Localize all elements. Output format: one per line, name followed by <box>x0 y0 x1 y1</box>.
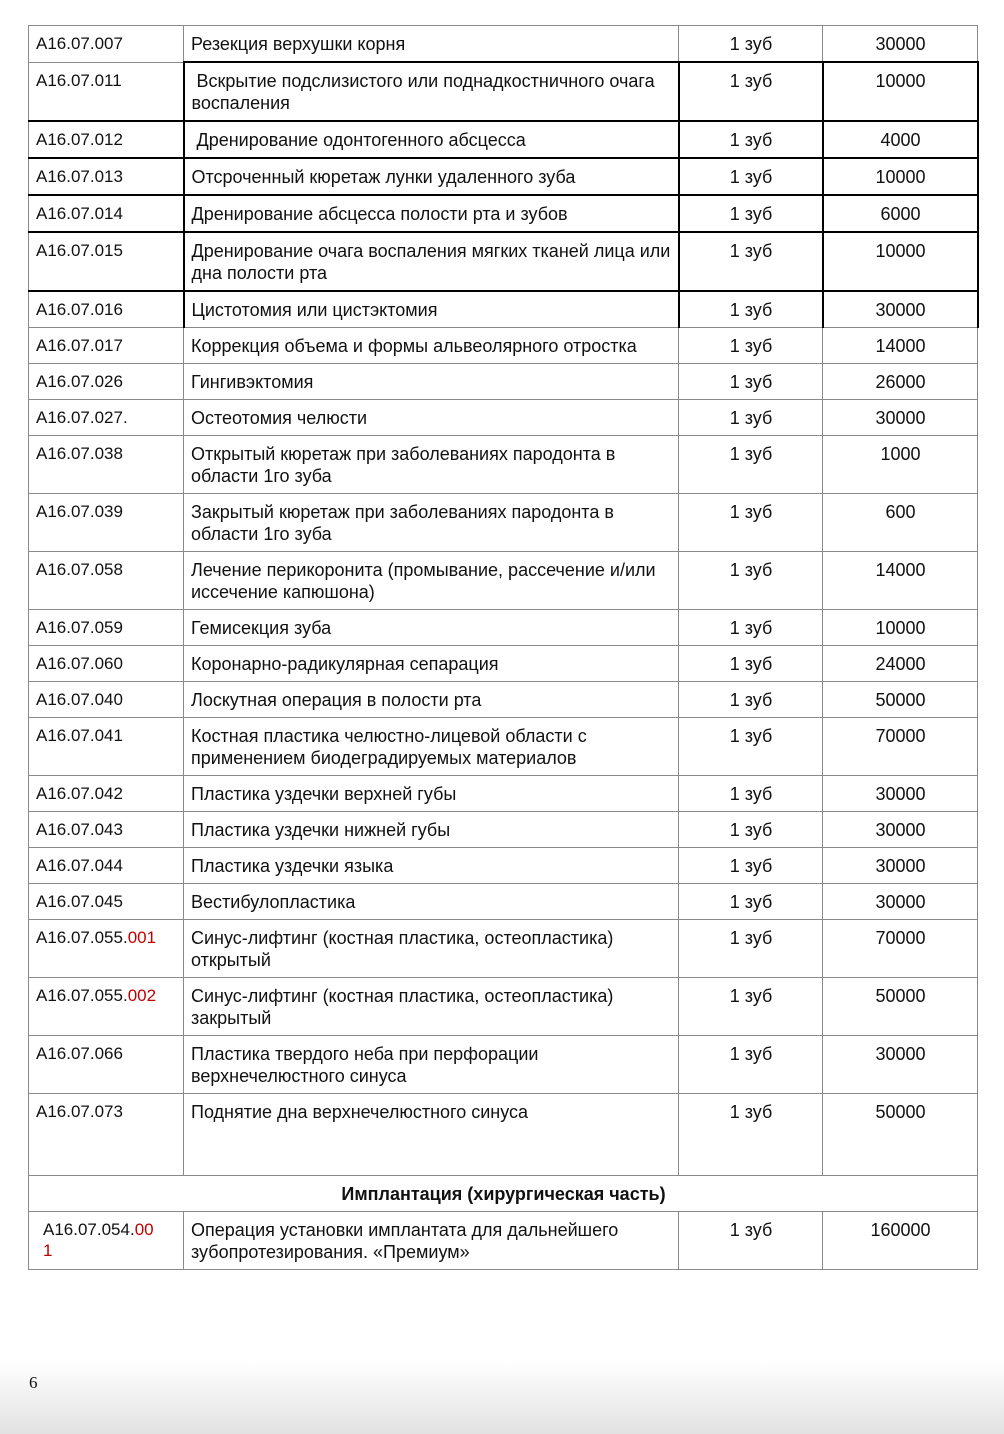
service-code: А16.07.011 <box>29 62 184 121</box>
code-suffix: 00 <box>135 1220 154 1239</box>
code-suffix-wrap: 1 <box>43 1241 52 1260</box>
table-row: А16.07.012 Дренирование одонтогенного аб… <box>29 121 978 158</box>
service-description: Коронарно-радикулярная сепарация <box>184 646 679 682</box>
service-price: 30000 <box>823 776 978 812</box>
service-price: 10000 <box>823 62 978 121</box>
service-unit: 1 зуб <box>679 812 823 848</box>
service-price: 1000 <box>823 436 978 494</box>
table-row: А16.07.055.002 Синус-лифтинг (костная пл… <box>29 978 978 1036</box>
code-suffix: 001 <box>128 928 156 947</box>
service-unit: 1 зуб <box>679 62 823 121</box>
table-row: А16.07.013 Отсроченный кюретаж лунки уда… <box>29 158 978 195</box>
service-unit: 1 зуб <box>679 848 823 884</box>
service-unit: 1 зуб <box>679 646 823 682</box>
service-description: Остеотомия челюсти <box>184 400 679 436</box>
service-description: Поднятие дна верхнечелюстного синуса <box>184 1094 679 1176</box>
table-row: А16.07.042 Пластика уздечки верхней губы… <box>29 776 978 812</box>
service-description: Вестибулопластика <box>184 884 679 920</box>
section-header-row: Имплантация (хирургическая часть) <box>29 1176 978 1212</box>
table-row: А16.07.039 Закрытый кюретаж при заболева… <box>29 494 978 552</box>
service-code: А16.07.017 <box>29 328 184 364</box>
service-description: Лоскутная операция в полости рта <box>184 682 679 718</box>
service-unit: 1 зуб <box>679 1094 823 1176</box>
table-row: А16.07.059 Гемисекция зуба 1 зуб 10000 <box>29 610 978 646</box>
service-unit: 1 зуб <box>679 978 823 1036</box>
section-title: Имплантация (хирургическая часть) <box>29 1176 978 1212</box>
service-description: Дренирование абсцесса полости рта и зубо… <box>184 195 679 232</box>
service-price: 26000 <box>823 364 978 400</box>
table-row: А16.07.066 Пластика твердого неба при пе… <box>29 1036 978 1094</box>
service-description: Вскрытие подслизистого или поднадкостнич… <box>184 62 679 121</box>
service-description: Операция установки имплантата для дальне… <box>184 1212 679 1270</box>
table-row: А16.07.060 Коронарно-радикулярная сепара… <box>29 646 978 682</box>
table-row: А16.07.015 Дренирование очага воспаления… <box>29 232 978 291</box>
service-description: Пластика уздечки верхней губы <box>184 776 679 812</box>
service-code: А16.07.073 <box>29 1094 184 1176</box>
service-price: 30000 <box>823 26 978 63</box>
service-code: А16.07.027. <box>29 400 184 436</box>
service-description: Костная пластика челюстно-лицевой област… <box>184 718 679 776</box>
service-description: Цистотомия или цистэктомия <box>184 291 679 328</box>
service-code: А16.07.042 <box>29 776 184 812</box>
service-price: 30000 <box>823 812 978 848</box>
service-code: А16.07.055.001 <box>29 920 184 978</box>
service-price: 4000 <box>823 121 978 158</box>
service-price: 24000 <box>823 646 978 682</box>
service-unit: 1 зуб <box>679 121 823 158</box>
service-code: А16.07.016 <box>29 291 184 328</box>
service-description: Гингивэктомия <box>184 364 679 400</box>
service-unit: 1 зуб <box>679 195 823 232</box>
service-price: 600 <box>823 494 978 552</box>
service-price: 70000 <box>823 920 978 978</box>
service-code: А16.07.066 <box>29 1036 184 1094</box>
table-row: А16.07.011 Вскрытие подслизистого или по… <box>29 62 978 121</box>
table-row: А16.07.017 Коррекция объема и формы альв… <box>29 328 978 364</box>
service-price: 10000 <box>823 158 978 195</box>
service-code: А16.07.041 <box>29 718 184 776</box>
service-price: 14000 <box>823 552 978 610</box>
service-price: 14000 <box>823 328 978 364</box>
service-code: А16.07.039 <box>29 494 184 552</box>
table-row: А16.07.041 Костная пластика челюстно-лиц… <box>29 718 978 776</box>
table-row: А16.07.027. Остеотомия челюсти 1 зуб 300… <box>29 400 978 436</box>
service-price: 10000 <box>823 232 978 291</box>
service-code: А16.07.012 <box>29 121 184 158</box>
service-description: Отсроченный кюретаж лунки удаленного зуб… <box>184 158 679 195</box>
service-unit: 1 зуб <box>679 364 823 400</box>
table-row: А16.07.058 Лечение перикоронита (промыва… <box>29 552 978 610</box>
service-description: Дренирование одонтогенного абсцесса <box>184 121 679 158</box>
service-description: Гемисекция зуба <box>184 610 679 646</box>
service-unit: 1 зуб <box>679 328 823 364</box>
service-price: 50000 <box>823 1094 978 1176</box>
table-row: А16.07.016 Цистотомия или цистэктомия 1 … <box>29 291 978 328</box>
table-row: А16.07.054.001 Операция установки имплан… <box>29 1212 978 1270</box>
service-unit: 1 зуб <box>679 884 823 920</box>
code-suffix: 002 <box>128 986 156 1005</box>
table-row: А16.07.014 Дренирование абсцесса полости… <box>29 195 978 232</box>
service-code: А16.07.026 <box>29 364 184 400</box>
service-code: А16.07.014 <box>29 195 184 232</box>
service-code: А16.07.015 <box>29 232 184 291</box>
table-row: А16.07.038 Открытый кюретаж при заболева… <box>29 436 978 494</box>
service-unit: 1 зуб <box>679 436 823 494</box>
table-row: А16.07.040 Лоскутная операция в полости … <box>29 682 978 718</box>
price-table: А16.07.007 Резекция верхушки корня 1 зуб… <box>28 25 979 1270</box>
service-unit: 1 зуб <box>679 1212 823 1270</box>
table-row: А16.07.073 Поднятие дна верхнечелюстного… <box>29 1094 978 1176</box>
table-row: А16.07.043 Пластика уздечки нижней губы … <box>29 812 978 848</box>
service-unit: 1 зуб <box>679 26 823 63</box>
service-unit: 1 зуб <box>679 291 823 328</box>
service-unit: 1 зуб <box>679 552 823 610</box>
service-code: А16.07.058 <box>29 552 184 610</box>
service-code: А16.07.055.002 <box>29 978 184 1036</box>
service-code: А16.07.044 <box>29 848 184 884</box>
service-code: А16.07.054.001 <box>29 1212 184 1270</box>
service-price: 30000 <box>823 884 978 920</box>
service-description: Пластика уздечки языка <box>184 848 679 884</box>
service-code: А16.07.013 <box>29 158 184 195</box>
service-price: 50000 <box>823 682 978 718</box>
service-code: А16.07.060 <box>29 646 184 682</box>
service-code: А16.07.043 <box>29 812 184 848</box>
table-row: А16.07.026 Гингивэктомия 1 зуб 26000 <box>29 364 978 400</box>
service-unit: 1 зуб <box>679 400 823 436</box>
service-description: Коррекция объема и формы альвеолярного о… <box>184 328 679 364</box>
service-code: А16.07.045 <box>29 884 184 920</box>
service-unit: 1 зуб <box>679 682 823 718</box>
service-unit: 1 зуб <box>679 718 823 776</box>
service-code: А16.07.059 <box>29 610 184 646</box>
service-description: Резекция верхушки корня <box>184 26 679 63</box>
service-description: Синус-лифтинг (костная пластика, остеопл… <box>184 920 679 978</box>
service-description: Лечение перикоронита (промывание, рассеч… <box>184 552 679 610</box>
table-row: А16.07.044 Пластика уздечки языка 1 зуб … <box>29 848 978 884</box>
service-unit: 1 зуб <box>679 494 823 552</box>
table-row: А16.07.055.001 Синус-лифтинг (костная пл… <box>29 920 978 978</box>
service-code: А16.07.007 <box>29 26 184 63</box>
service-unit: 1 зуб <box>679 610 823 646</box>
service-description: Дренирование очага воспаления мягких тка… <box>184 232 679 291</box>
service-unit: 1 зуб <box>679 232 823 291</box>
service-description: Синус-лифтинг (костная пластика, остеопл… <box>184 978 679 1036</box>
service-description: Закрытый кюретаж при заболеваниях пародо… <box>184 494 679 552</box>
price-table-body: А16.07.007 Резекция верхушки корня 1 зуб… <box>29 26 978 1270</box>
service-price: 30000 <box>823 848 978 884</box>
service-price: 10000 <box>823 610 978 646</box>
service-price: 160000 <box>823 1212 978 1270</box>
service-description: Пластика уздечки нижней губы <box>184 812 679 848</box>
service-unit: 1 зуб <box>679 158 823 195</box>
service-description: Пластика твердого неба при перфорации ве… <box>184 1036 679 1094</box>
service-code: А16.07.040 <box>29 682 184 718</box>
service-price: 30000 <box>823 400 978 436</box>
service-price: 6000 <box>823 195 978 232</box>
service-price: 30000 <box>823 291 978 328</box>
service-price: 50000 <box>823 978 978 1036</box>
service-unit: 1 зуб <box>679 776 823 812</box>
service-description: Открытый кюретаж при заболеваниях пародо… <box>184 436 679 494</box>
service-price: 70000 <box>823 718 978 776</box>
table-row: А16.07.045 Вестибулопластика 1 зуб 30000 <box>29 884 978 920</box>
service-price: 30000 <box>823 1036 978 1094</box>
page-number: 6 <box>29 1373 38 1393</box>
table-row: А16.07.007 Резекция верхушки корня 1 зуб… <box>29 26 978 63</box>
service-unit: 1 зуб <box>679 920 823 978</box>
service-unit: 1 зуб <box>679 1036 823 1094</box>
service-code: А16.07.038 <box>29 436 184 494</box>
